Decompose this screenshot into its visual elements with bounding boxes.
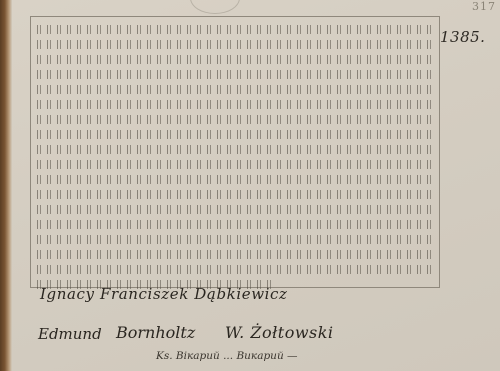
declarant-signature: Ignacy Franciszek Dąbkiewicz [40,285,288,303]
priest-attestation: Ks. Вікарий ... Викарий — [156,350,298,362]
record-number: 1385. [440,28,485,46]
stamp-mark [190,0,240,14]
handwritten-line [34,112,434,126]
handwritten-line [34,172,434,186]
handwritten-line [34,262,434,276]
handwritten-line [34,142,434,156]
handwritten-line [34,82,434,96]
handwritten-line [34,157,434,171]
witness-signature-2: W. Żołtowski [225,323,334,342]
document-page: 317 1385. Ignacy Franciszek Dąbkiewicz E… [12,0,500,371]
handwritten-line [34,97,434,111]
handwritten-line [34,202,434,216]
handwritten-line [34,22,434,36]
handwritten-line [34,52,434,66]
handwritten-line [34,232,434,246]
photo-frame-edge [0,0,12,371]
witness-signature-first-name: Edmund [38,325,102,343]
handwritten-line [34,187,434,201]
handwritten-line [34,247,434,261]
handwritten-line [34,37,434,51]
handwritten-line [34,127,434,141]
handwritten-line [34,217,434,231]
handwritten-line [34,67,434,81]
witness-signature-surname: Bornholtz [116,323,195,342]
page-number: 317 [472,0,496,13]
